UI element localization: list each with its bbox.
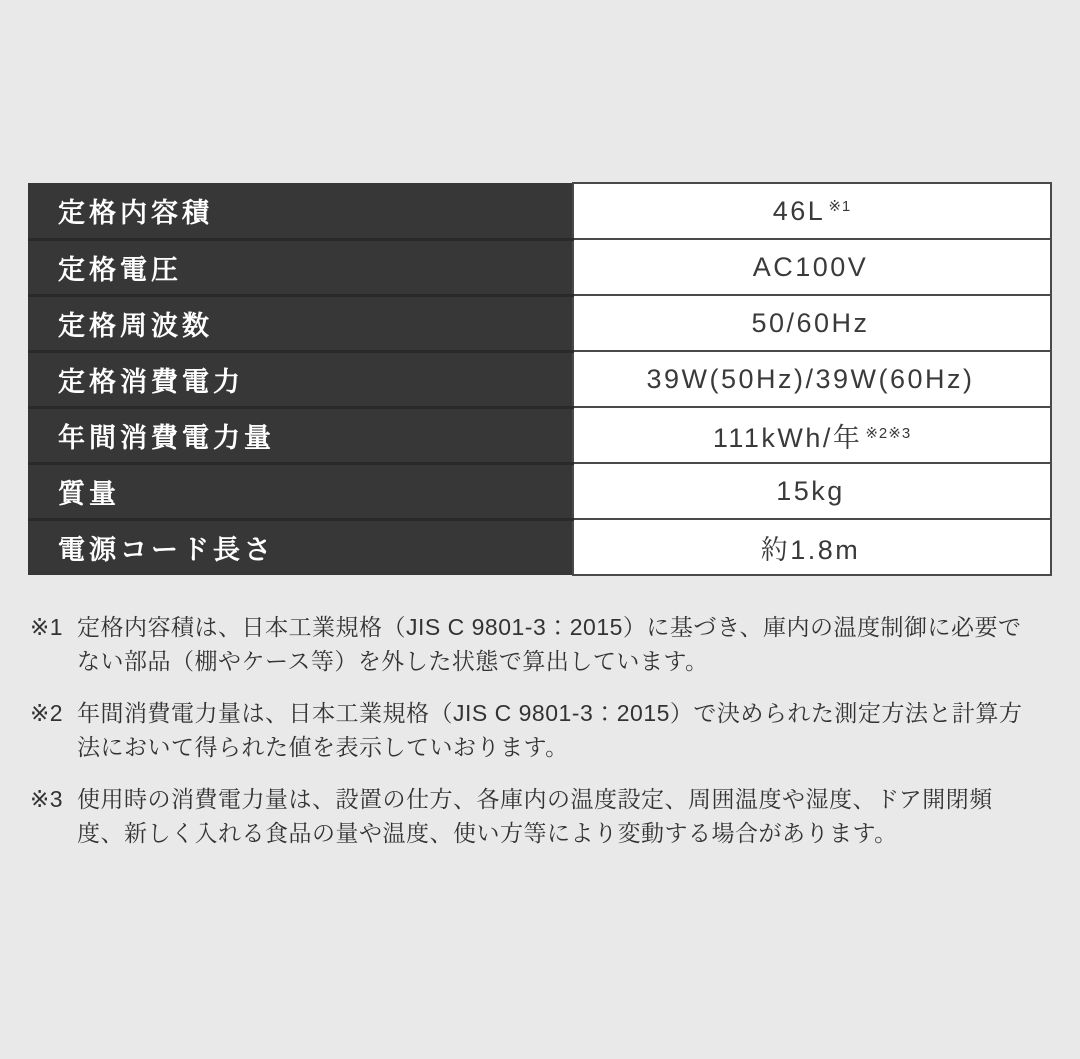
- spec-value: AC100V: [753, 252, 869, 282]
- spec-label: 定格内容積: [28, 183, 573, 239]
- spec-label: 質量: [28, 463, 573, 519]
- spec-label: 電源コード長さ: [28, 519, 573, 575]
- table-row: 定格周波数 50/60Hz: [28, 295, 1051, 351]
- spec-value-cell: 39W(50Hz)/39W(60Hz): [573, 351, 1051, 407]
- footnote-item: ※3 使用時の消費電力量は、設置の仕方、各庫内の温度設定、周囲温度や湿度、ドア開…: [30, 782, 1034, 850]
- spec-table: 定格内容積 46L※1 定格電圧 AC100V 定格周波数 50/60Hz 定格…: [28, 182, 1052, 576]
- footnote-item: ※1 定格内容積は、日本工業規格（JIS C 9801-3：2015）に基づき、…: [30, 610, 1034, 678]
- spec-value: 50/60Hz: [751, 308, 869, 338]
- spec-value: 15kg: [776, 476, 845, 506]
- spec-value-cell: 15kg: [573, 463, 1051, 519]
- spec-value-cell: 46L※1: [573, 183, 1051, 239]
- spec-label: 定格周波数: [28, 295, 573, 351]
- spec-label: 定格消費電力: [28, 351, 573, 407]
- footnote-ref: ※2※3: [865, 425, 911, 442]
- table-row: 定格内容積 46L※1: [28, 183, 1051, 239]
- footnote-marker: ※3: [30, 782, 77, 816]
- spec-value-cell: 111kWh/年※2※3: [573, 407, 1051, 463]
- spec-value-cell: 50/60Hz: [573, 295, 1051, 351]
- footnotes: ※1 定格内容積は、日本工業規格（JIS C 9801-3：2015）に基づき、…: [30, 610, 1034, 868]
- table-row: 定格消費電力 39W(50Hz)/39W(60Hz): [28, 351, 1051, 407]
- spec-value: 46L: [773, 196, 826, 226]
- spec-value: 39W(50Hz)/39W(60Hz): [646, 364, 974, 394]
- product-spec-sheet: 定格内容積 46L※1 定格電圧 AC100V 定格周波数 50/60Hz 定格…: [0, 0, 1080, 1059]
- spec-label: 年間消費電力量: [28, 407, 573, 463]
- footnote-text: 使用時の消費電力量は、設置の仕方、各庫内の温度設定、周囲温度や湿度、ドア開閉頻度…: [77, 782, 1034, 850]
- table-row: 定格電圧 AC100V: [28, 239, 1051, 295]
- table-row: 年間消費電力量 111kWh/年※2※3: [28, 407, 1051, 463]
- footnote-marker: ※1: [30, 610, 77, 644]
- footnote-item: ※2 年間消費電力量は、日本工業規格（JIS C 9801-3：2015）で決め…: [30, 696, 1034, 764]
- spec-label: 定格電圧: [28, 239, 573, 295]
- footnote-text: 年間消費電力量は、日本工業規格（JIS C 9801-3：2015）で決められた…: [77, 696, 1034, 764]
- footnote-marker: ※2: [30, 696, 77, 730]
- footnote-text: 定格内容積は、日本工業規格（JIS C 9801-3：2015）に基づき、庫内の…: [77, 610, 1034, 678]
- spec-value: 111kWh/年: [713, 423, 863, 453]
- spec-value-cell: 約1.8m: [573, 519, 1051, 575]
- table-row: 電源コード長さ 約1.8m: [28, 519, 1051, 575]
- table-row: 質量 15kg: [28, 463, 1051, 519]
- footnote-ref: ※1: [828, 198, 851, 215]
- spec-value: 約1.8m: [761, 535, 861, 565]
- spec-value-cell: AC100V: [573, 239, 1051, 295]
